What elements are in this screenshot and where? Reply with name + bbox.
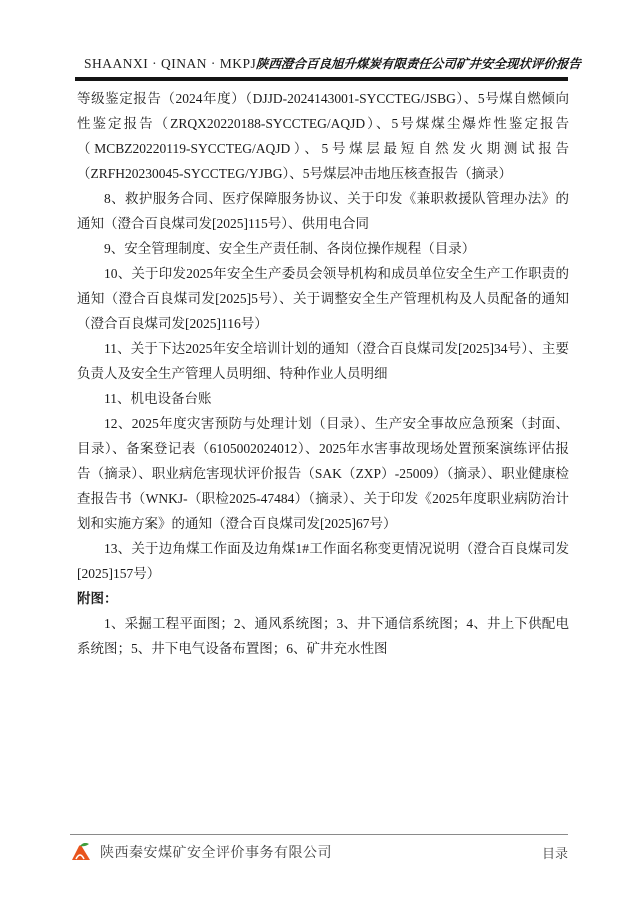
paragraph: 13、关于边角煤工作面及边角煤1#工作面名称变更情况说明（澄合百良煤司发[202… — [77, 536, 569, 586]
document-body: 等级鉴定报告（2024年度）（DJJD-2024143001-SYCCTEG/J… — [77, 86, 569, 661]
footer-company-name: 陕西秦安煤矿安全评价事务有限公司 — [100, 842, 332, 862]
page-header: SHAANXI · QINAN · MKPJ 陕西澄合百良旭升煤炭有限责任公司矿… — [75, 54, 568, 81]
footer-company-block: 陕西秦安煤矿安全评价事务有限公司 — [70, 842, 332, 862]
paragraph: 1、采掘工程平面图；2、通风系统图；3、井下通信系统图；4、井上下供配电系统图；… — [77, 611, 569, 661]
document-page: SHAANXI · QINAN · MKPJ 陕西澄合百良旭升煤炭有限责任公司矿… — [0, 0, 636, 900]
company-logo-icon — [70, 843, 92, 861]
paragraph: 11、机电设备台账 — [77, 386, 569, 411]
paragraph: 11、关于下达2025年安全培训计划的通知（澄合百良煤司发[2025]34号）、… — [77, 336, 569, 386]
header-left-title: SHAANXI · QINAN · MKPJ — [75, 56, 256, 72]
paragraph: 10、关于印发2025年安全生产委员会领导机构和成员单位安全生产工作职责的通知（… — [77, 261, 569, 336]
paragraph: 12、2025年度灾害预防与处理计划（目录）、生产安全事故应急预案（封面、目录）… — [77, 411, 569, 536]
header-report-title: 陕西澄合百良旭升煤炭有限责任公司矿井安全现状评价报告 — [256, 54, 582, 72]
page-footer: 陕西秦安煤矿安全评价事务有限公司 目录 — [70, 834, 568, 862]
paragraph: 8、救护服务合同、医疗保障服务协议、关于印发《兼职救援队管理办法》的通知（澄合百… — [77, 186, 569, 236]
attached-figures-heading: 附图： — [77, 586, 569, 611]
paragraph: 9、安全管理制度、安全生产责任制、各岗位操作规程（目录） — [77, 236, 569, 261]
footer-section-label: 目录 — [542, 843, 568, 862]
paragraph: 等级鉴定报告（2024年度）（DJJD-2024143001-SYCCTEG/J… — [77, 86, 569, 186]
